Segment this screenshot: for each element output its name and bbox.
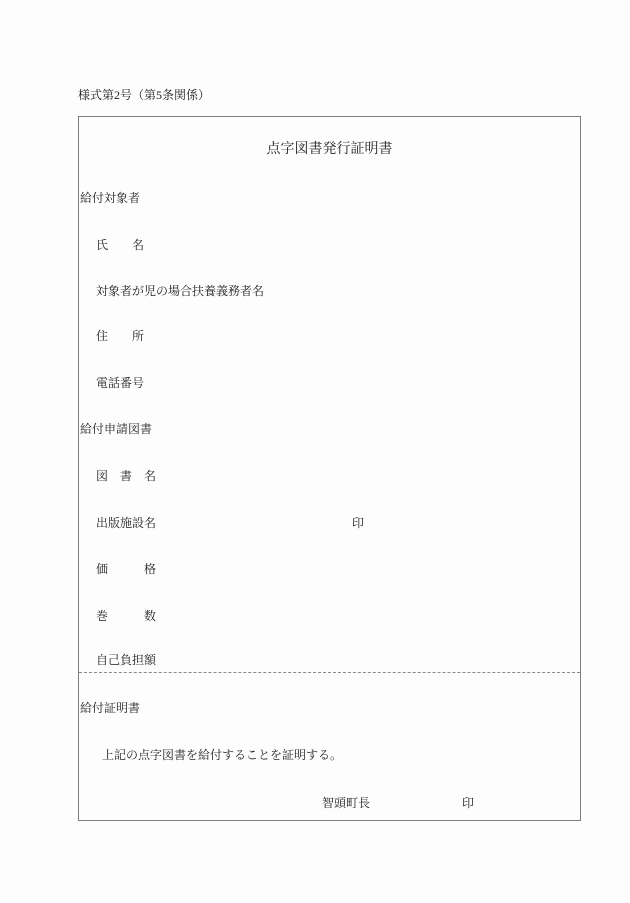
section-heading-recipient: 給付対象者 bbox=[80, 191, 140, 206]
mayor-signer-label: 智頭町長 bbox=[322, 796, 370, 811]
document-title: 点字図書発行証明書 bbox=[78, 141, 581, 159]
field-label-name: 氏 名 bbox=[96, 238, 144, 253]
field-label-phone: 電話番号 bbox=[96, 376, 144, 391]
field-label-address: 住 所 bbox=[96, 329, 144, 344]
field-label-guardian: 対象者が児の場合扶養義務者名 bbox=[96, 284, 264, 299]
document-page: 様式第2号（第5条関係） 点字図書発行証明書 給付対象者 氏 名 対象者が児の場… bbox=[0, 0, 630, 903]
certificate-statement: 上記の点字図書を給付することを証明する。 bbox=[102, 748, 342, 763]
dotted-divider bbox=[79, 672, 580, 673]
field-label-book-title: 図 書 名 bbox=[96, 469, 156, 484]
section-heading-certificate: 給付証明書 bbox=[80, 701, 140, 716]
field-label-copay: 自己負担額 bbox=[96, 653, 156, 668]
section-heading-application: 給付申請図書 bbox=[80, 422, 152, 437]
mayor-seal-label: 印 bbox=[462, 796, 474, 811]
field-label-volumes: 巻 数 bbox=[96, 609, 156, 624]
field-label-price: 価 格 bbox=[96, 562, 156, 577]
form-number: 様式第2号（第5条関係） bbox=[78, 88, 210, 103]
field-label-publisher: 出版施設名 bbox=[96, 516, 156, 531]
publisher-seal-label: 印 bbox=[352, 516, 364, 531]
